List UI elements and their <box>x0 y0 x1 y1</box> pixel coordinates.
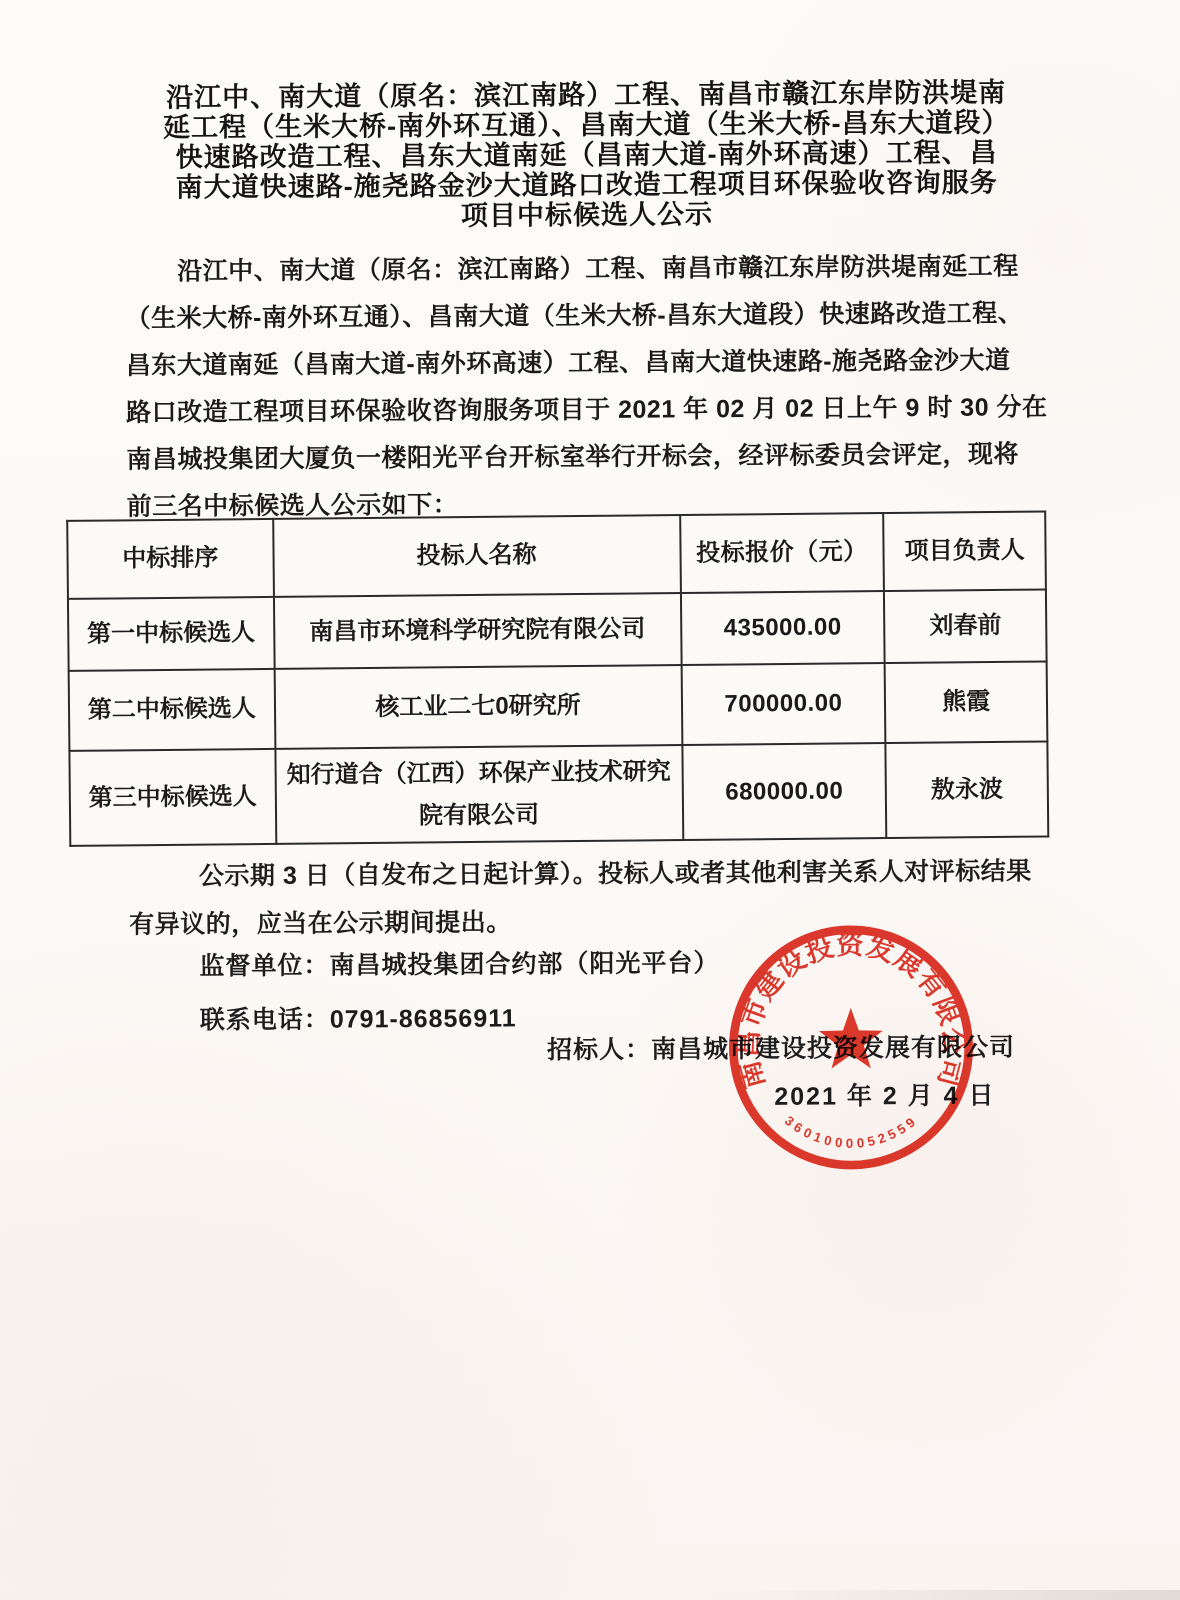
cell-bidder: 南昌市环境科学研究院有限公司 <box>273 593 681 669</box>
cell-price: 435000.00 <box>680 591 884 665</box>
header-rank: 中标排序 <box>67 519 273 599</box>
scanned-document-page: 沿江中、南大道（原名：滨江南路）工程、南昌市赣江东岸防洪堤南 延工程（生米大桥-… <box>0 0 1180 1600</box>
body-line: 沿江中、南大道（原名：滨江南路）工程、南昌市赣江东岸防洪堤南延工程 <box>125 243 1059 296</box>
cell-price: 680000.00 <box>682 743 887 840</box>
announcement-body: 沿江中、南大道（原名：滨江南路）工程、南昌市赣江东岸防洪堤南延工程 （生米大桥-… <box>125 243 1061 531</box>
signature-date: 2021 年 2 月 4 日 <box>774 1076 995 1113</box>
table-row: 第三中标候选人 知行道合（江西）环保产业技术研究院有限公司 680000.00 … <box>69 741 1048 845</box>
supervisor-unit: 监督单位：南昌城投集团合约部（阳光平台） <box>199 943 719 982</box>
header-price: 投标报价（元） <box>680 513 885 593</box>
document-content: 沿江中、南大道（原名：滨江南路）工程、南昌市赣江东岸防洪堤南 延工程（生米大桥-… <box>0 0 1180 1600</box>
cell-bidder: 核工业二七0研究所 <box>274 665 682 749</box>
table-header-row: 中标排序 投标人名称 投标报价（元） 项目负责人 <box>67 512 1046 599</box>
cell-rank: 第二中标候选人 <box>69 669 275 751</box>
cell-manager: 刘春前 <box>884 590 1046 664</box>
seal-company-text: 南昌市建设投资发展有限公司 <box>732 928 969 1091</box>
cell-rank: 第三中标候选人 <box>69 749 275 846</box>
body-line: 路口改造工程项目环保验收咨询服务项目于 2021 年 02 月 02 日上午 9… <box>126 384 1060 437</box>
header-manager: 项目负责人 <box>883 512 1045 592</box>
cell-rank: 第一中标候选人 <box>68 597 274 671</box>
table-row: 第一中标候选人 南昌市环境科学研究院有限公司 435000.00 刘春前 <box>68 590 1047 671</box>
table-row: 第二中标候选人 核工业二七0研究所 700000.00 熊霞 <box>69 662 1048 751</box>
body-line: 南昌城投集团大厦负一楼阳光平台开标室举行开标会，经评标委员会评定，现将 <box>126 431 1060 484</box>
title-line: 项目中标候选人公示 <box>125 197 1049 233</box>
contact-phone: 联系电话：0791-86856911 <box>200 998 517 1036</box>
page-title: 沿江中、南大道（原名：滨江南路）工程、南昌市赣江东岸防洪堤南 延工程（生米大桥-… <box>124 77 1049 233</box>
bid-candidates-table: 中标排序 投标人名称 投标报价（元） 项目负责人 第一中标候选人 南昌市环境科学… <box>66 511 1049 847</box>
cell-manager: 敖永波 <box>886 741 1049 838</box>
cell-bidder: 知行道合（江西）环保产业技术研究院有限公司 <box>275 745 683 844</box>
notice-line: 公示期 3 日（自发布之日起计算）。投标人或者其他利害关系人对评标结果 <box>129 847 1063 901</box>
tenderer-name: 招标人：南昌城市建设投资发展有限公司 <box>547 1027 1015 1066</box>
cell-manager: 熊霞 <box>885 662 1047 744</box>
publicity-period-notice: 公示期 3 日（自发布之日起计算）。投标人或者其他利害关系人对评标结果 有异议的… <box>129 847 1064 949</box>
body-line: 昌东大道南延（昌南大道-南外环高速）工程、昌南大道快速路-施尧路金沙大道 <box>126 337 1060 390</box>
body-line: （生米大桥-南外环互通）、昌南大道（生米大桥-昌东大道段）快速路改造工程、 <box>125 290 1059 343</box>
title-line: 南大道快速路-施尧路金沙大道路口改造工程项目环保验收咨询服务 <box>125 167 1049 203</box>
header-bidder: 投标人名称 <box>273 515 681 597</box>
seal-serial-number: 3601000052559 <box>782 1112 921 1151</box>
notice-line: 有异议的，应当在公示期间提出。 <box>129 895 1063 949</box>
cell-price: 700000.00 <box>681 663 886 745</box>
